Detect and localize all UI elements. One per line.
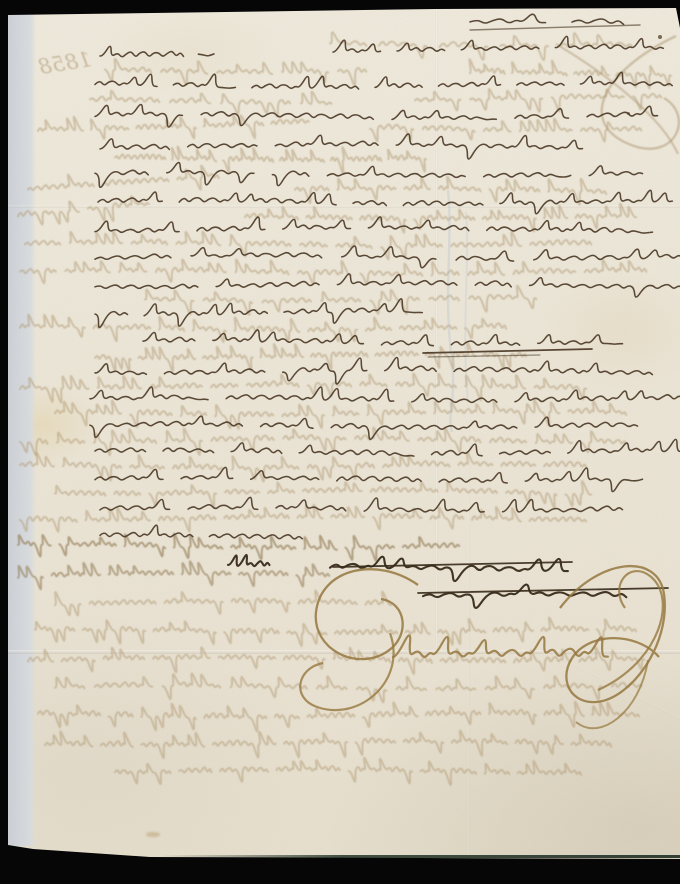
handwritten-line [95,163,643,188]
bleed-through-line [20,259,646,284]
blue-wash-stroke [465,212,468,400]
bleed-through-line [115,147,426,174]
bleed-through-line [20,428,626,456]
bleed-year-text: 1858 [37,47,94,79]
handwritten-line [95,274,680,297]
signature-name-script [393,635,608,657]
handwritten-line [470,14,624,24]
handwritten-line [95,467,643,491]
signature-lower-sweep [300,633,393,710]
bleed-through-line [20,315,506,342]
bleed-through-line [90,91,332,117]
handwritten-line [228,555,270,566]
bleed-signature-flourish [602,36,679,149]
signature-tail [576,660,648,728]
pen-stroke-mark [423,349,592,353]
handwritten-line [98,190,672,213]
handwritten-line [100,497,623,512]
handwritten-line [95,439,680,456]
handwritten-line [90,387,680,402]
bleed-through-line [17,195,150,227]
bleed-through-layer: 1858 [17,32,679,785]
handwritten-line [143,330,623,346]
bleed-through-line [18,534,459,561]
bleed-through-line [18,561,329,589]
bleed-through-line [20,505,586,532]
bleed-through-line [370,119,641,142]
handwritten-line [423,585,626,608]
handwritten-line [95,104,658,126]
signature-flourish [300,566,665,728]
pen-stroke-mark [470,25,640,30]
bleed-through-line [55,673,641,702]
handwritten-line [333,36,663,52]
scanner-background: 1858 [0,0,680,884]
pen-stroke-mark [333,562,572,567]
handwriting-layer: 1858 [0,0,680,884]
bleed-through-line [27,165,219,199]
bleed-through-line [55,590,391,615]
handwritten-line [100,46,214,56]
bleed-through-line [38,702,639,732]
bleed-through-line [35,618,636,646]
bleed-through-line [295,177,606,205]
bleed-through-line [115,758,581,785]
bleed-through-line [45,731,611,759]
bleed-through-line [145,286,536,315]
letter-page: 1858 [0,0,680,884]
